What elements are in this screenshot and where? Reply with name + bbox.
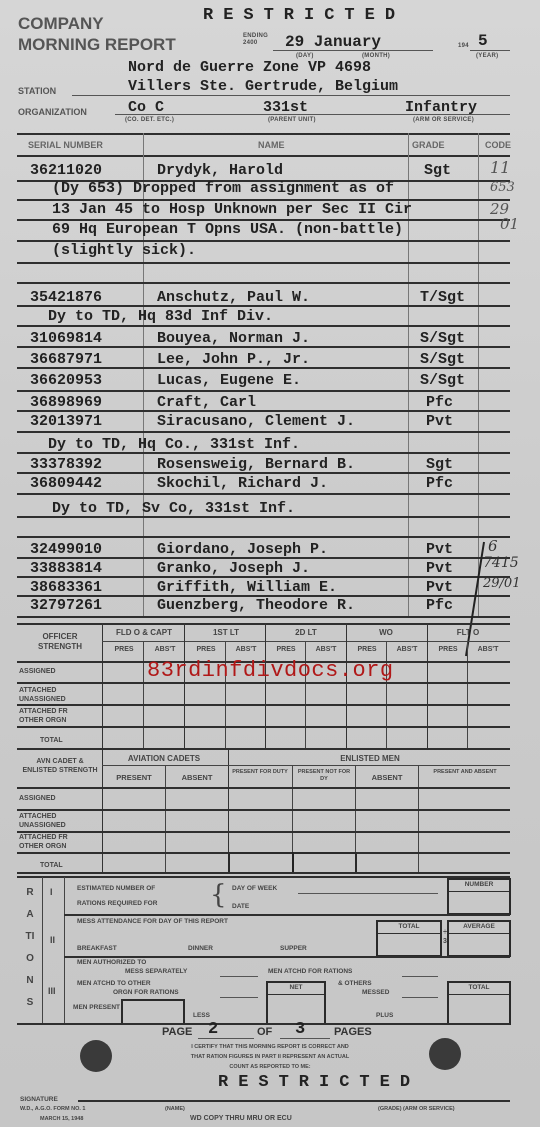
subcol-pres: PRES bbox=[186, 646, 226, 653]
soldier-name: Drydyk, Harold bbox=[157, 162, 283, 179]
serial-number: 35421876 bbox=[30, 289, 102, 306]
s1-label-2: RATIONS REQUIRED FOR bbox=[77, 900, 157, 907]
form-title-line1: COMPANY bbox=[18, 14, 104, 34]
col-present: PRESENT bbox=[104, 773, 164, 782]
form-title-line2: MORNING REPORT bbox=[18, 35, 176, 55]
soldier-name: Granko, Joseph J. bbox=[157, 560, 310, 577]
soldier-name: Guenzberg, Theodore R. bbox=[157, 597, 355, 614]
total-pages: 3 bbox=[295, 1020, 305, 1039]
name-caption: (NAME) bbox=[165, 1106, 185, 1112]
col-present-not-for-duty: PRESENT NOT FOR DY bbox=[294, 769, 354, 783]
s3-atchd-rations: MEN ATCHD FOR RATIONS bbox=[268, 968, 352, 975]
remark-line: Dy to TD, Hq 83d Inf Div. bbox=[48, 308, 273, 325]
group-2d-lt: 2D LT bbox=[266, 628, 346, 637]
restricted-stamp-bottom: RESTRICTED bbox=[218, 1073, 420, 1092]
org-caption-arm: (ARM OR SERVICE) bbox=[413, 117, 474, 123]
col-present-for-duty: PRESENT FOR DUTY bbox=[230, 769, 290, 776]
s1-label-1: ESTIMATED NUMBER OF bbox=[77, 885, 155, 892]
row-assigned: ASSIGNED bbox=[19, 668, 56, 675]
s2-total: TOTAL bbox=[378, 923, 440, 930]
s2-dinner: DINNER bbox=[188, 945, 213, 952]
col-grade: GRADE bbox=[412, 140, 445, 150]
subcol-abst: ABS'T bbox=[306, 646, 346, 653]
pages-label: PAGES bbox=[334, 1026, 372, 1038]
certify-line-2: THAT RATION FIGURES IN PART II REPRESENT… bbox=[145, 1054, 395, 1060]
row-attached-fr-other-orgn: ATTACHED FR OTHER ORGN bbox=[19, 707, 91, 725]
serial-number: 32013971 bbox=[30, 413, 102, 430]
grade-caption: (GRADE) (ARM OR SERVICE) bbox=[378, 1106, 455, 1112]
group-flt-o: FLT O bbox=[428, 628, 508, 637]
subcol-abst: ABS'T bbox=[468, 646, 508, 653]
s3-net: NET bbox=[268, 984, 324, 991]
subcol-pres: PRES bbox=[428, 646, 468, 653]
row-attached-fr-other-orgn: ATTACHED FR OTHER ORGN bbox=[19, 833, 91, 851]
s3-total: TOTAL bbox=[449, 984, 509, 991]
s3-plus: PLUS bbox=[376, 1012, 393, 1019]
soldier-name: Lee, John P., Jr. bbox=[157, 351, 310, 368]
serial-number: 36620953 bbox=[30, 372, 102, 389]
serial-number: 31069814 bbox=[30, 330, 102, 347]
morning-report-sheet: RESTRICTED COMPANY MORNING REPORT ENDING… bbox=[0, 0, 540, 1127]
org-caption-company: (CO. DET. ETC.) bbox=[125, 117, 174, 123]
s3-others-2: MESSED bbox=[362, 989, 389, 996]
subcol-abst: ABS'T bbox=[226, 646, 266, 653]
s2-supper: SUPPER bbox=[280, 945, 307, 952]
serial-number: 36809442 bbox=[30, 475, 102, 492]
soldier-name: Giordano, Joseph P. bbox=[157, 541, 328, 558]
remark-line: 69 Hq European T Opns USA. (non-battle) bbox=[52, 221, 403, 238]
wd-copy-note: WD COPY THRU MRU OR ECU bbox=[190, 1115, 292, 1122]
col-absent-em: ABSENT bbox=[357, 773, 417, 782]
org-caption-parent: (PARENT UNIT) bbox=[268, 117, 316, 123]
s3-auth-2: MESS SEPARATELY bbox=[125, 968, 187, 975]
s1-date: DATE bbox=[232, 903, 249, 910]
station-line2: Villers Ste. Gertrude, Belgium bbox=[128, 78, 398, 95]
year-prefix: 194 bbox=[458, 43, 469, 49]
brace: { bbox=[210, 880, 227, 910]
punch-hole-left bbox=[80, 1040, 112, 1072]
soldier-name: Griffith, William E. bbox=[157, 579, 337, 596]
soldier-grade: Pfc bbox=[426, 394, 453, 411]
s1-day-of-week: DAY OF WEEK bbox=[232, 885, 277, 892]
station-line1: Nord de Guerre Zone VP 4698 bbox=[128, 59, 371, 76]
ending-label: ENDING 2400 bbox=[243, 33, 271, 47]
col-code: CODE bbox=[485, 140, 511, 150]
aviation-cadets-header: AVIATION CADETS bbox=[104, 754, 224, 763]
soldier-grade: S/Sgt bbox=[420, 330, 465, 347]
pen-stroke bbox=[460, 540, 500, 660]
subcol-abst: ABS'T bbox=[145, 646, 185, 653]
section-ii: II bbox=[50, 935, 55, 945]
s3-auth-1: MEN AUTHORIZED TO bbox=[77, 959, 146, 966]
punch-hole-right bbox=[429, 1038, 461, 1070]
soldier-name: Bouyea, Norman J. bbox=[157, 330, 310, 347]
s1-number: NUMBER bbox=[449, 881, 509, 888]
s3-others-1: & OTHERS bbox=[338, 980, 372, 987]
soldier-grade: Pvt bbox=[426, 541, 453, 558]
section-i: I bbox=[50, 887, 53, 897]
s3-atchd-other-1: MEN ATCHD TO OTHER bbox=[77, 980, 151, 987]
s2-average: AVERAGE bbox=[449, 923, 509, 930]
group-fld-o-capt: FLD O & CAPT bbox=[104, 628, 184, 637]
soldier-grade: Sgt bbox=[426, 456, 453, 473]
soldier-grade: S/Sgt bbox=[420, 372, 465, 389]
soldier-name: Craft, Carl bbox=[157, 394, 256, 411]
group-wo: WO bbox=[346, 628, 426, 637]
row-attached-unassigned: ATTACHED UNASSIGNED bbox=[19, 812, 91, 830]
report-year: 5 bbox=[478, 32, 488, 50]
form-date: MARCH 15, 1948 bbox=[40, 1116, 83, 1122]
code-handwritten: 653 bbox=[490, 180, 515, 195]
row-assigned: ASSIGNED bbox=[19, 795, 56, 802]
remark-line: (Dy 653) Dropped from assignment as of bbox=[52, 180, 394, 197]
code-handwritten: 11 bbox=[490, 158, 510, 177]
col-present-and-absent: PRESENT AND ABSENT bbox=[425, 769, 505, 776]
of-label: OF bbox=[257, 1026, 272, 1038]
soldier-grade: Pvt bbox=[426, 413, 453, 430]
rations-side-label: RATIONS bbox=[24, 882, 36, 1014]
remark-line: 13 Jan 45 to Hosp Unknown per Sec II Cir bbox=[52, 201, 412, 218]
organization-label: ORGANIZATION bbox=[18, 107, 87, 117]
soldier-name: Lucas, Eugene E. bbox=[157, 372, 301, 389]
s2-title: MESS ATTENDANCE FOR DAY OF THIS REPORT bbox=[77, 918, 228, 925]
soldier-name: Skochil, Richard J. bbox=[157, 475, 328, 492]
s3-atchd-other-2: ORGN FOR RATIONS bbox=[113, 989, 179, 996]
row-total: TOTAL bbox=[40, 737, 63, 744]
remark-line: Dy to TD, Sv Co, 331st Inf. bbox=[52, 500, 295, 517]
enlisted-men-header: ENLISTED MEN bbox=[230, 754, 510, 763]
group-1st-lt: 1ST LT bbox=[186, 628, 266, 637]
serial-number: 36211020 bbox=[30, 162, 102, 179]
s2-breakfast: BREAKFAST bbox=[77, 945, 117, 952]
remark-line: (slightly sick). bbox=[52, 242, 196, 259]
signature-label: SIGNATURE bbox=[20, 1096, 58, 1103]
subcol-pres: PRES bbox=[266, 646, 306, 653]
watermark-text: 83rdinfdivdocs.org bbox=[147, 658, 394, 683]
row-total: TOTAL bbox=[40, 862, 63, 869]
row-attached-unassigned: ATTACHED UNASSIGNED bbox=[19, 686, 91, 704]
report-date: 29 January bbox=[285, 33, 381, 51]
soldier-name: Siracusano, Clement J. bbox=[157, 413, 355, 430]
enlisted-strength-title: AVN CADET & ENLISTED STRENGTH bbox=[20, 757, 100, 775]
soldier-grade: Pvt bbox=[426, 579, 453, 596]
soldier-name: Rosensweig, Bernard B. bbox=[157, 456, 355, 473]
page-number: 2 bbox=[208, 1020, 218, 1039]
code-handwritten: 01 bbox=[500, 215, 519, 233]
section-iii: III bbox=[48, 986, 56, 996]
certify-line-3: COUNT AS REPORTED TO ME: bbox=[145, 1064, 395, 1070]
serial-number: 36898969 bbox=[30, 394, 102, 411]
soldier-grade: Pfc bbox=[426, 475, 453, 492]
s3-men-present: MEN PRESENT bbox=[70, 1004, 120, 1012]
soldier-grade: T/Sgt bbox=[420, 289, 465, 306]
soldier-grade: Pfc bbox=[426, 597, 453, 614]
station-label: STATION bbox=[18, 86, 56, 96]
year-caption: (YEAR) bbox=[476, 53, 498, 59]
serial-number: 32499010 bbox=[30, 541, 102, 558]
soldier-grade: S/Sgt bbox=[420, 351, 465, 368]
serial-number: 32797261 bbox=[30, 597, 102, 614]
form-number: W.D., A.G.O. FORM NO. 1 bbox=[20, 1106, 86, 1112]
officer-strength-title: OFFICER STRENGTH bbox=[24, 632, 96, 652]
serial-number: 33378392 bbox=[30, 456, 102, 473]
subcol-pres: PRES bbox=[104, 646, 144, 653]
soldier-name: Anschutz, Paul W. bbox=[157, 289, 310, 306]
page-label: PAGE bbox=[162, 1026, 192, 1038]
remark-line: Dy to TD, Hq Co., 331st Inf. bbox=[48, 436, 300, 453]
s3-less: LESS bbox=[193, 1012, 210, 1019]
restricted-stamp-top: RESTRICTED bbox=[203, 6, 405, 25]
soldier-grade: Sgt bbox=[424, 162, 451, 179]
serial-number: 38683361 bbox=[30, 579, 102, 596]
subcol-abst: ABS'T bbox=[387, 646, 427, 653]
certify-line-1: I CERTIFY THAT THIS MORNING REPORT IS CO… bbox=[145, 1044, 395, 1050]
subcol-pres: PRES bbox=[347, 646, 387, 653]
soldier-grade: Pvt bbox=[426, 560, 453, 577]
serial-number: 33883814 bbox=[30, 560, 102, 577]
col-absent: ABSENT bbox=[167, 773, 227, 782]
col-serial-number: SERIAL NUMBER bbox=[28, 140, 103, 150]
serial-number: 36687971 bbox=[30, 351, 102, 368]
col-name: NAME bbox=[258, 140, 285, 150]
